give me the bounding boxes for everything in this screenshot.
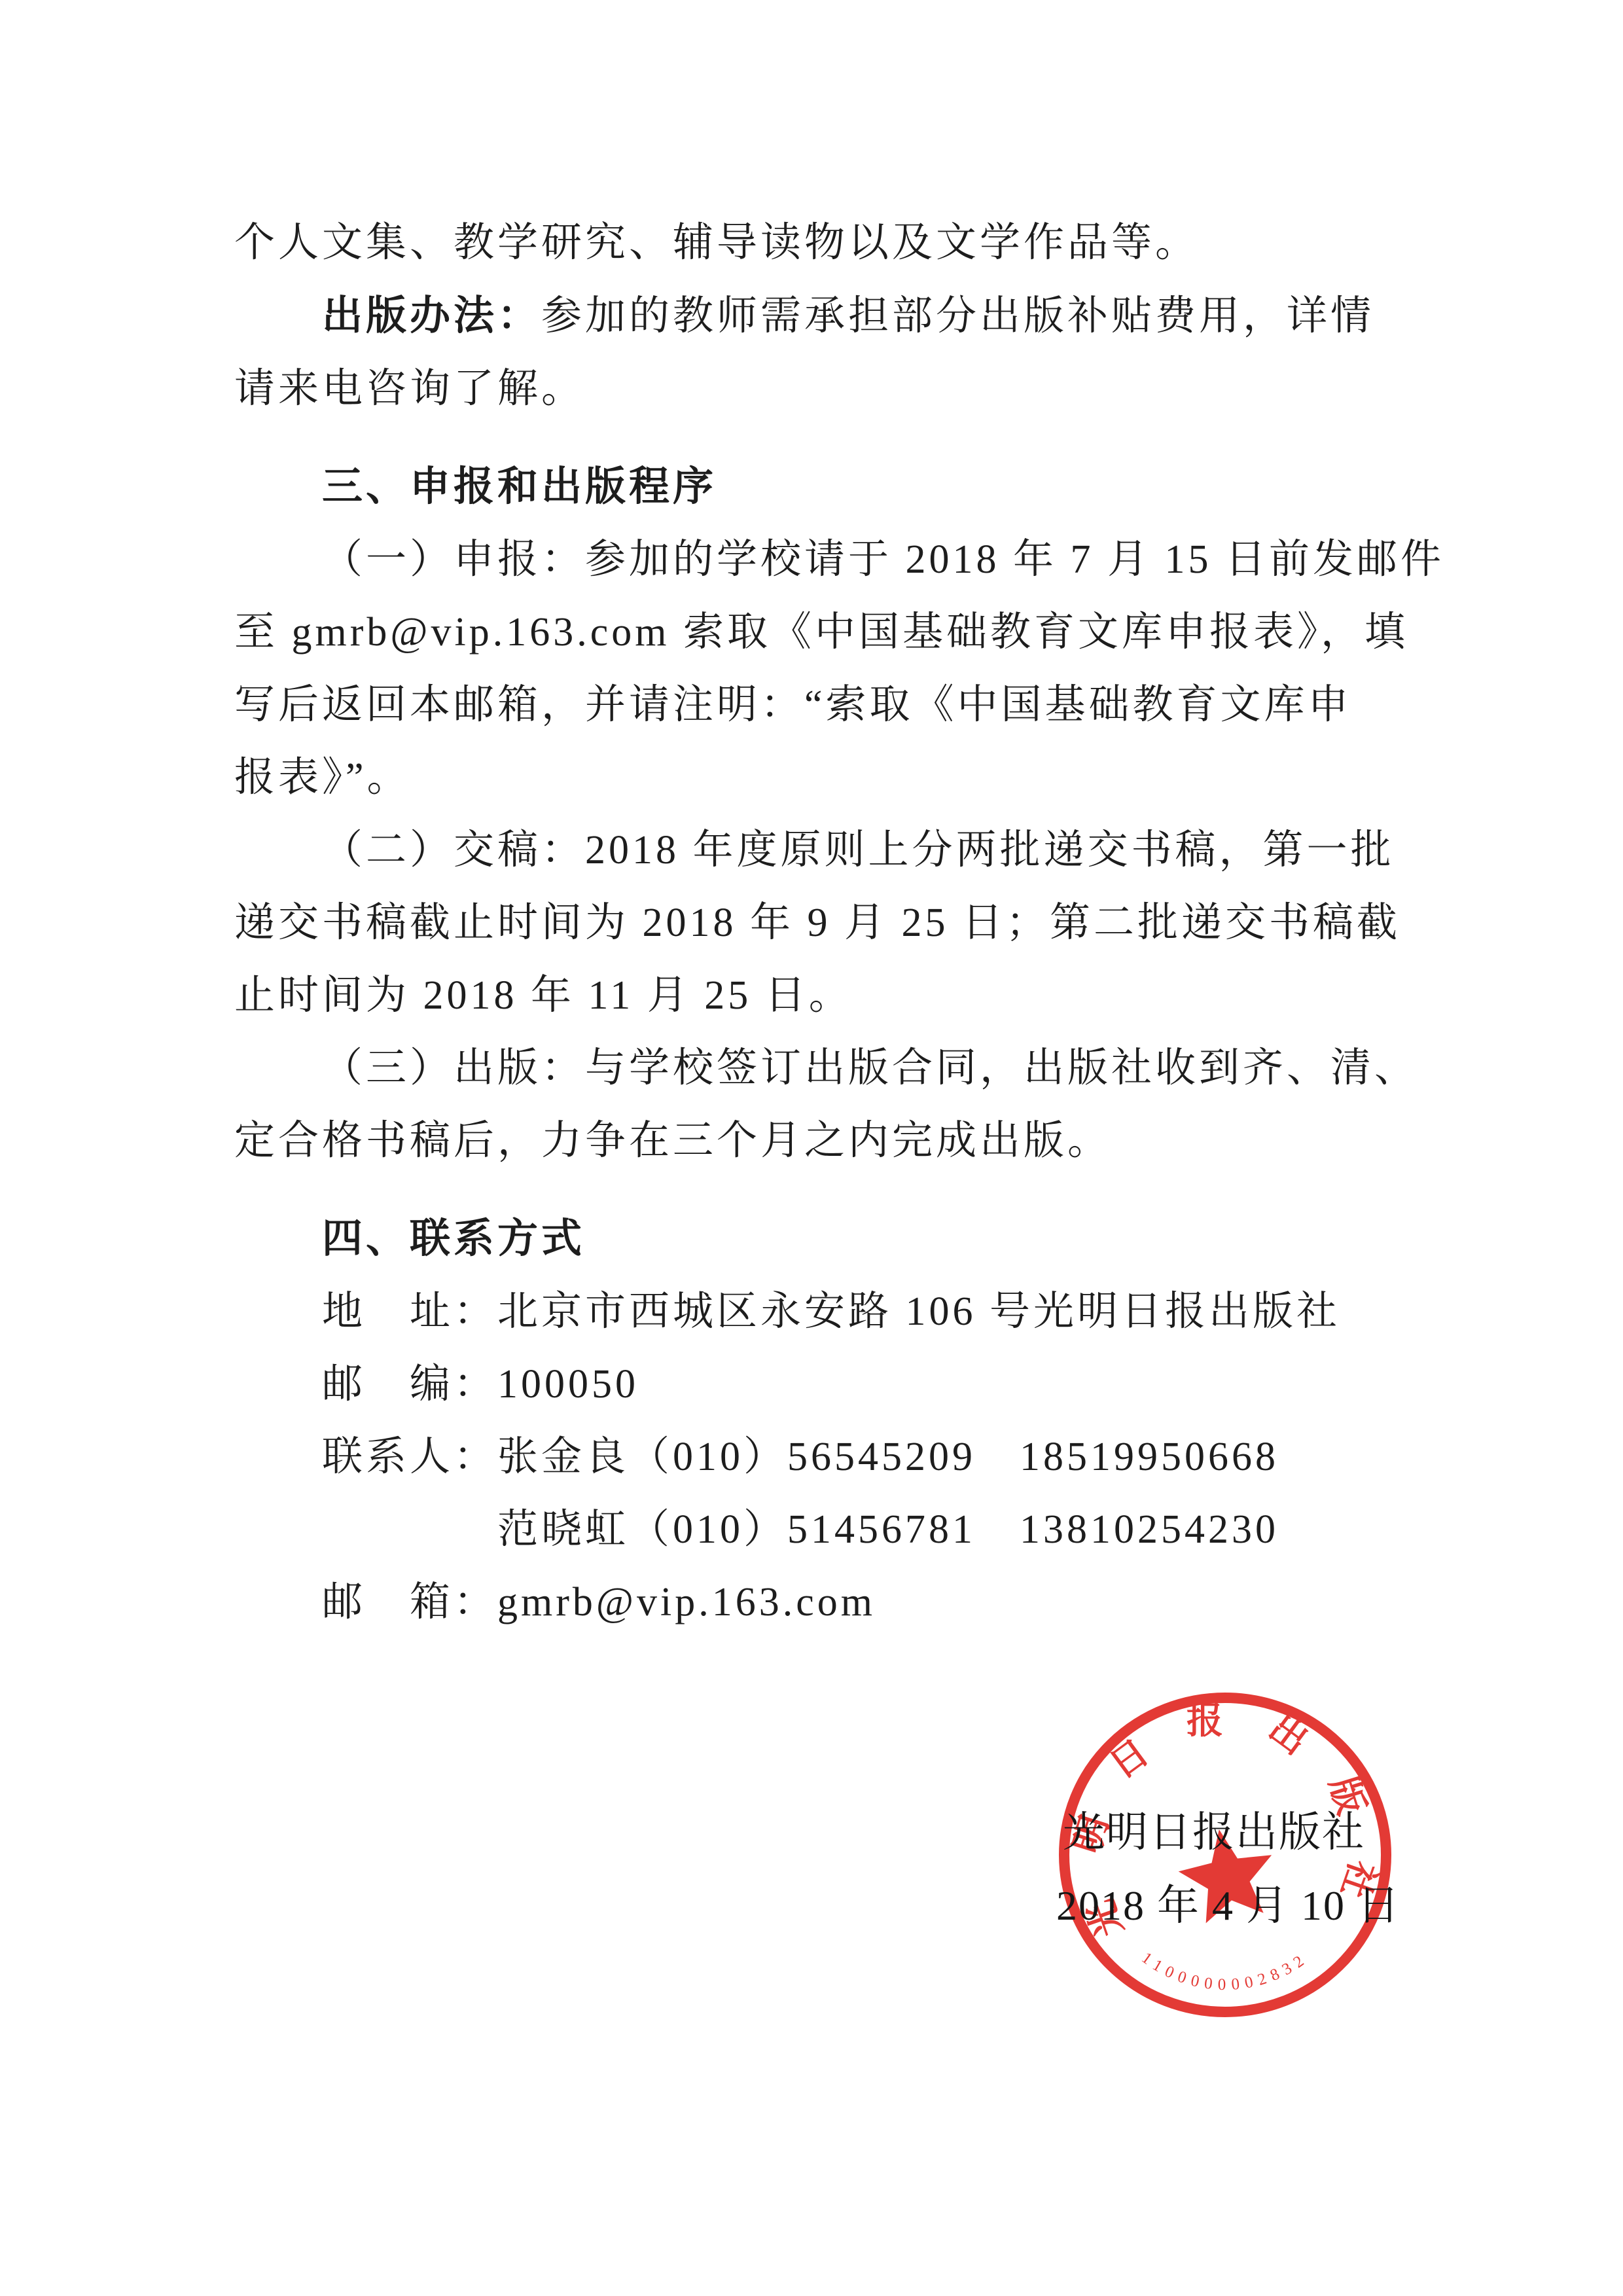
document-body: 个人文集、教学研究、辅导读物以及文学作品等。出版办法：参加的教师需承担部分出版补… xyxy=(234,207,1396,1639)
signature-date: 2018 年 4 月 10 日 xyxy=(1056,1872,1400,1932)
text-line: 出版办法：参加的教师需承担部分出版补贴费用，详情 xyxy=(234,279,1396,353)
text-line: （三）出版：与学校签订出版合同，出版社收到齐、清、 xyxy=(234,1032,1396,1105)
text-run-bold: 四、联系方式 xyxy=(322,1216,585,1261)
text-line: 地 址：北京市西城区永安路 106 号光明日报出版社 xyxy=(234,1276,1396,1348)
text-run: （三）出版：与学校签订出版合同，出版社收到齐、清、 xyxy=(322,1046,1418,1090)
text-run: 范晓虹（010）51456781 13810254230 xyxy=(322,1507,1279,1552)
text-run: 写后返回本邮箱，并请注明：“索取《中国基础教育文库申 xyxy=(234,683,1352,727)
text-line: 联系人：张金良（010）56545209 18519950668 xyxy=(234,1421,1396,1494)
text-run: 请来电咨询了解。 xyxy=(234,367,585,411)
signature-organization: 光明日报出版社 xyxy=(1063,1799,1365,1859)
text-run-bold: 三、申报和出版程序 xyxy=(322,464,717,509)
text-run: 邮 编：100050 xyxy=(322,1362,639,1407)
text-line: 报表》”。 xyxy=(234,742,1396,814)
text-line: 三、申报和出版程序 xyxy=(234,450,1396,524)
text-run: （二）交稿：2018 年度原则上分两批递交书稿，第一批 xyxy=(322,828,1395,872)
text-run: 地 址：北京市西城区永安路 106 号光明日报出版社 xyxy=(322,1289,1340,1334)
text-run: 邮 箱：gmrb@vip.163.com xyxy=(322,1580,876,1624)
document-page: 个人文集、教学研究、辅导读物以及文学作品等。出版办法：参加的教师需承担部分出版补… xyxy=(0,0,1623,2296)
text-line: 范晓虹（010）51456781 13810254230 xyxy=(234,1494,1396,1566)
seal-serial-number: 1100000002832 xyxy=(1138,1949,1311,1994)
text-line: 个人文集、教学研究、辅导读物以及文学作品等。 xyxy=(234,207,1396,279)
text-run: 参加的教师需承担部分出版补贴费用，详情 xyxy=(541,294,1374,338)
text-line: 请来电咨询了解。 xyxy=(234,353,1396,425)
text-line: 至 gmrb@vip.163.com 索取《中国基础教育文库申报表》，填 xyxy=(234,596,1396,669)
text-run: 定合格书稿后，力争在三个月之内完成出版。 xyxy=(234,1119,1111,1163)
text-run: 至 gmrb@vip.163.com 索取《中国基础教育文库申报表》，填 xyxy=(234,610,1408,655)
text-run: 联系人：张金良（010）56545209 18519950668 xyxy=(322,1435,1279,1479)
text-run-bold: 出版办法： xyxy=(322,293,541,338)
text-line: （一）申报：参加的学校请于 2018 年 7 月 15 日前发邮件 xyxy=(234,524,1396,596)
text-line: （二）交稿：2018 年度原则上分两批递交书稿，第一批 xyxy=(234,814,1396,887)
text-run: 个人文集、教学研究、辅导读物以及文学作品等。 xyxy=(234,221,1199,265)
text-line: 止时间为 2018 年 11 月 25 日。 xyxy=(234,960,1396,1032)
text-line: 邮 编：100050 xyxy=(234,1348,1396,1421)
text-line: 邮 箱：gmrb@vip.163.com xyxy=(234,1566,1396,1639)
text-run: 递交书稿截止时间为 2018 年 9 月 25 日；第二批递交书稿截 xyxy=(234,901,1400,945)
text-run: （一）申报：参加的学校请于 2018 年 7 月 15 日前发邮件 xyxy=(322,537,1444,582)
text-line: 四、联系方式 xyxy=(234,1202,1396,1276)
text-run: 报表》”。 xyxy=(234,755,411,800)
text-run: 止时间为 2018 年 11 月 25 日。 xyxy=(234,973,853,1018)
text-line: 递交书稿截止时间为 2018 年 9 月 25 日；第二批递交书稿截 xyxy=(234,887,1396,960)
text-line: 定合格书稿后，力争在三个月之内完成出版。 xyxy=(234,1105,1396,1177)
text-line: 写后返回本邮箱，并请注明：“索取《中国基础教育文库申 xyxy=(234,669,1396,742)
